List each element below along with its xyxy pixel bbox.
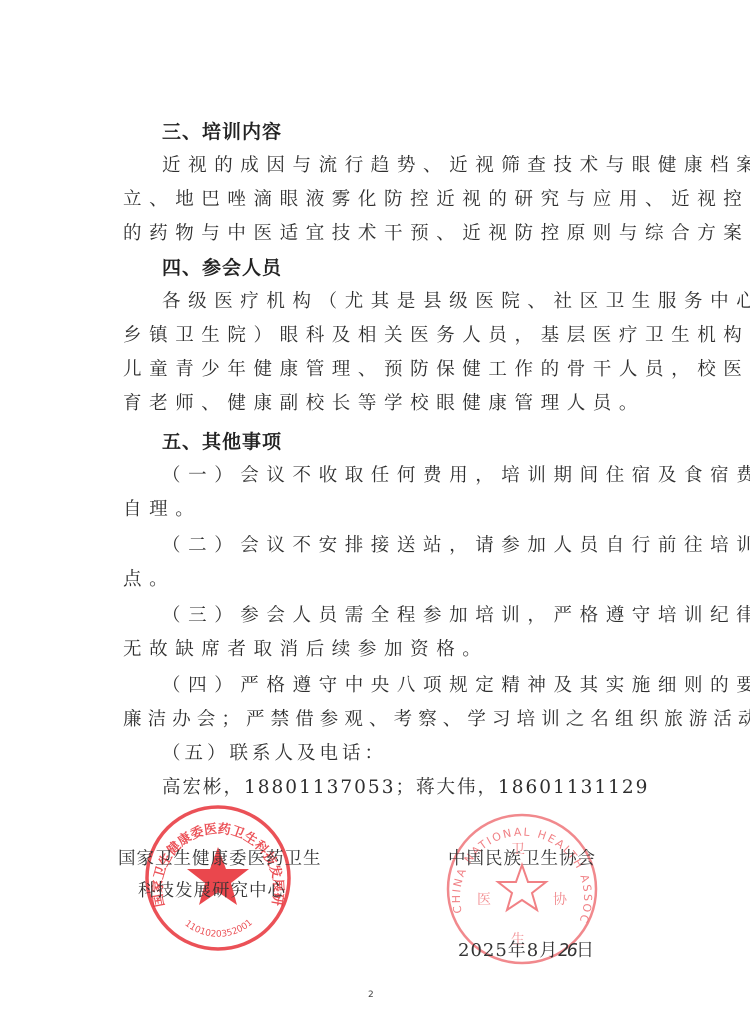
document-page: 三、培训内容 近视的成因与流行趋势、近视筛查技术与眼健康档案建 立、地巴唑滴眼液… (0, 0, 750, 1009)
signatory-left-line2: 科技发展研究中心 (138, 880, 286, 902)
paragraph-line: 各级医疗机构（尤其是县级医院、社区卫生服务中心、 (162, 290, 750, 314)
date-suffix: 日 (576, 940, 595, 961)
svg-text:医: 医 (477, 892, 491, 908)
paragraph-line: 点。 (123, 568, 175, 592)
signing-date: 2025年8月26日 (458, 940, 595, 962)
paragraph-line: 儿童青少年健康管理、预防保健工作的骨干人员，校医、德 (123, 358, 750, 382)
paragraph-line: 乡镇卫生院）眼科及相关医务人员，基层医疗卫生机构从事 (123, 324, 750, 348)
paragraph-line: 立、地巴唑滴眼液雾化防控近视的研究与应用、近视控制中 (123, 188, 750, 212)
paragraph-line: 近视的成因与流行趋势、近视筛查技术与眼健康档案建 (162, 154, 750, 178)
signatory-left-line1: 国家卫生健康委医药卫生 (118, 848, 322, 870)
paragraph-line: 的药物与中医适宜技术干预、近视防控原则与综合方案等。 (123, 222, 750, 246)
paragraph-line: （三）参会人员需全程参加培训，严格遵守培训纪律， (162, 604, 750, 628)
paragraph-line: 无故缺席者取消后续参加资格。 (123, 638, 488, 662)
paragraph-line: （一）会议不收取任何费用，培训期间住宿及食宿费用 (162, 464, 750, 488)
signatory-right: 中国民族卫生协会 (448, 848, 596, 870)
paragraph-line: 自理。 (123, 498, 201, 522)
paragraph-line: （二）会议不安排接送站，请参加人员自行前往培训地 (162, 534, 750, 558)
paragraph-line: 育老师、健康副校长等学校眼健康管理人员。 (123, 392, 645, 416)
section-heading-other-matters: 五、其他事项 (162, 430, 282, 454)
contact-info: 高宏彬，18801137053；蒋大伟，18601131129 (162, 776, 649, 800)
official-stamp-left: 国家卫生健康委医药卫生科技发展研究中心 1101020352001 (142, 802, 294, 954)
contact-label: （五）联系人及电话： (162, 742, 387, 766)
date-prefix: 2025年8月 (458, 940, 558, 961)
section-heading-training-content: 三、培训内容 (162, 120, 282, 144)
paragraph-line: （四）严格遵守中央八项规定精神及其实施细则的要求， (162, 674, 750, 698)
page-number: 2 (368, 990, 374, 1000)
date-day-handwritten: 26 (558, 940, 576, 961)
paragraph-line: 廉洁办会；严禁借参观、考察、学习培训之名组织旅游活动。 (123, 708, 750, 732)
section-heading-participants: 四、参会人员 (162, 256, 282, 280)
svg-text:1101020352001: 1101020352001 (183, 918, 255, 940)
svg-text:协: 协 (553, 891, 568, 908)
